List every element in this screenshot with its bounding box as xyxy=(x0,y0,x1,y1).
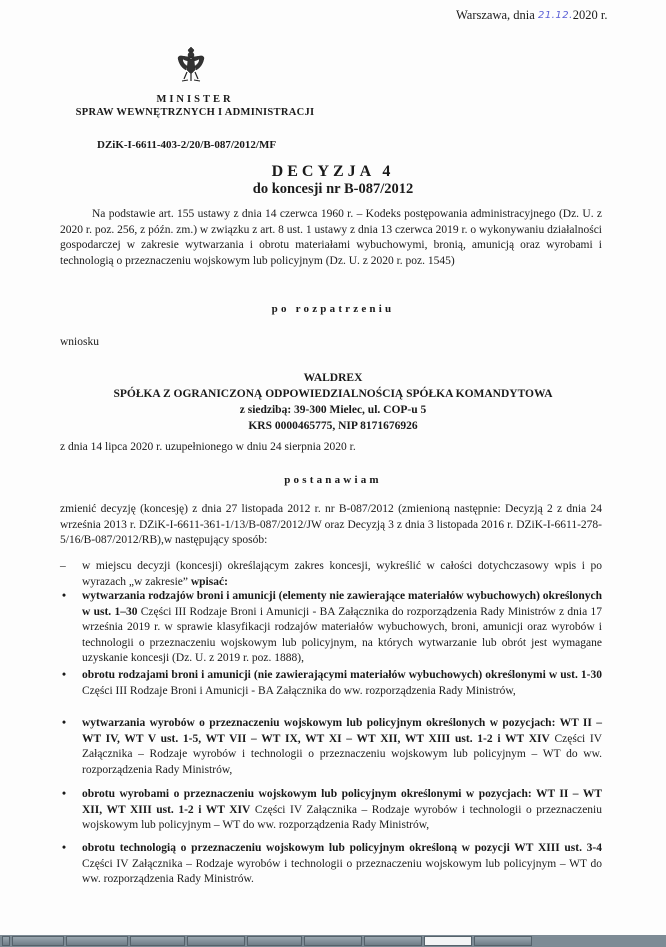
eagle-emblem-icon xyxy=(177,46,205,84)
bullet-bold-text: obrotu technologią o przeznaczeniu wojsk… xyxy=(82,842,602,854)
company-legal-form: SPÓŁKA Z OGRANICZONĄ ODPOWIEDZIALNOŚCIĄ … xyxy=(0,386,666,402)
company-name: WALDREX xyxy=(0,370,666,386)
application-label: wniosku xyxy=(60,336,99,348)
company-identifiers: KRS 0000465775, NIP 8171676926 xyxy=(0,418,666,434)
bullet-marker: • xyxy=(62,787,66,803)
company-block: WALDREX SPÓŁKA Z OGRANICZONĄ ODPOWIEDZIA… xyxy=(0,370,666,434)
scope-bullet-item: •wytwarzania rodzajów broni i amunicji (… xyxy=(60,589,602,667)
taskbar-strip xyxy=(0,935,666,947)
decision-subtitle: do koncesji nr B-087/2012 xyxy=(0,181,666,198)
dash-marker: – xyxy=(60,559,66,575)
dash-item-text: w miejscu decyzji (koncesji) określający… xyxy=(82,560,602,588)
date-suffix: 2020 r. xyxy=(573,8,608,22)
scope-bullet-item: •obrotu wyrobami o przeznaczeniu wojskow… xyxy=(60,787,602,834)
taskbar-segment-active[interactable] xyxy=(424,936,472,946)
scope-bullet-item: •wytwarzania wyrobów o przeznaczeniu woj… xyxy=(60,716,602,778)
place-and-date: Warszawa, dnia 21.12.2020 r. xyxy=(456,8,608,23)
bullet-text: Części III Rodzaje Broni i Amunicji - BA… xyxy=(82,685,516,697)
date-prefix: Warszawa, dnia xyxy=(456,8,535,22)
bullet-marker: • xyxy=(62,589,66,605)
decision-heading: postanawiam xyxy=(0,474,666,486)
taskbar-segment[interactable] xyxy=(130,936,185,946)
authority-title: MINISTER xyxy=(0,94,390,105)
scanned-document-page: Warszawa, dnia 21.12.2020 r. MINISTER SP… xyxy=(0,0,666,935)
bullet-marker: • xyxy=(62,716,66,732)
dash-list-item: – w miejscu decyzji (koncesji) określają… xyxy=(60,559,602,590)
dash-item-bold: wpisać: xyxy=(191,576,228,588)
authority-name: SPRAW WEWNĘTRZNYCH I ADMINISTRACJI xyxy=(0,107,390,118)
taskbar-segment[interactable] xyxy=(247,936,302,946)
handwritten-date: 21.12. xyxy=(538,10,573,21)
case-reference: DZiK-I-6611-403-2/20/B-087/2012/MF xyxy=(97,139,276,151)
taskbar-segment[interactable] xyxy=(304,936,362,946)
after-review-heading: po rozpatrzeniu xyxy=(0,303,666,315)
taskbar-segment[interactable] xyxy=(2,936,10,946)
bullet-text: Części IV Załącznika – Rodzaje wyrobów i… xyxy=(82,858,602,886)
scope-bullet-item: •obrotu rodzajami broni i amunicji (nie … xyxy=(60,668,602,699)
bullet-bold-text: wytwarzania wyrobów o przeznaczeniu wojs… xyxy=(82,717,602,745)
scope-bullet-item: •obrotu technologią o przeznaczeniu wojs… xyxy=(60,841,602,888)
application-dates: z dnia 14 lipca 2020 r. uzupełnionego w … xyxy=(60,441,356,453)
taskbar-segment[interactable] xyxy=(66,936,128,946)
taskbar-segment[interactable] xyxy=(12,936,64,946)
bullet-marker: • xyxy=(62,668,66,684)
taskbar-segment[interactable] xyxy=(474,936,532,946)
bullet-text: Części III Rodzaje Broni i Amunicji - BA… xyxy=(82,606,602,665)
taskbar-segment[interactable] xyxy=(187,936,245,946)
decision-title: DECYZJA 4 xyxy=(0,163,666,181)
taskbar-segment[interactable] xyxy=(364,936,422,946)
legal-basis-paragraph: Na podstawie art. 155 ustawy z dnia 14 c… xyxy=(60,207,602,269)
bullet-marker: • xyxy=(62,841,66,857)
change-paragraph: zmienić decyzję (koncesję) z dnia 27 lis… xyxy=(60,502,602,549)
bullet-bold-text: obrotu rodzajami broni i amunicji (nie z… xyxy=(82,669,602,681)
company-seat: z siedzibą: 39-300 Mielec, ul. COP-u 5 xyxy=(0,402,666,418)
